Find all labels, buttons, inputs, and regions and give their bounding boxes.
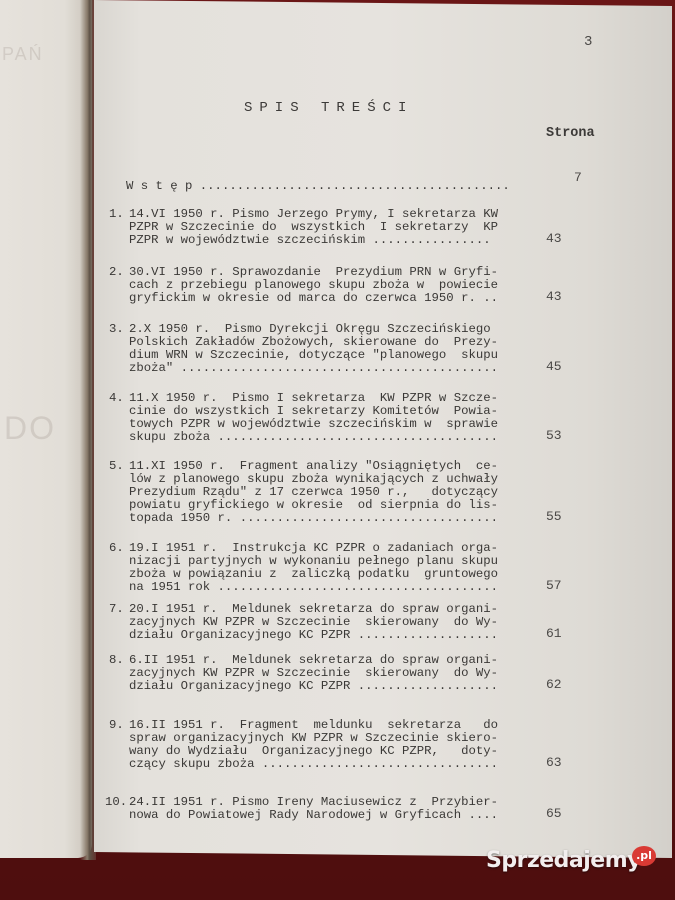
entry-page-ref: 61 [546,627,562,640]
entry-text: 11.XI 1950 r. Fragment analizy "Osiągnię… [129,460,539,525]
entry-page-ref: 65 [546,807,562,820]
toc-intro: W s t ę p ..............................… [126,179,510,193]
entry-text: 30.VI 1950 r. Sprawozdanie Prezydium PRN… [129,266,539,305]
entry-page-ref: 62 [546,678,562,691]
dot-leader: ........................................… [192,179,509,193]
brand-watermark: Sprzedajemy [486,848,641,873]
entry-text: 24.II 1951 r. Pismo Ireny Maciusewicz z … [129,796,539,822]
entry-text: 20.I 1951 r. Meldunek sekretarza do spra… [129,603,539,642]
page-column-header: Strona [546,126,595,141]
previous-page: PAŃ DO [0,0,92,858]
intro-page-ref: 7 [574,170,582,185]
entry-number: 6. [109,542,124,555]
entry-number: 5. [109,460,124,473]
entry-text: 6.II 1951 r. Meldunek sekretarza do spra… [129,654,539,693]
entry-number: 7. [109,603,124,616]
entry-page-ref: 57 [546,579,562,592]
intro-label: W s t ę p [126,179,192,193]
entry-number: 3. [109,323,124,336]
entry-page-ref: 55 [546,510,562,523]
entry-text: 19.I 1951 r. Instrukcja KC PZPR o zadani… [129,542,539,594]
entry-text: 16.II 1951 r. Fragment meldunku sekretar… [129,719,539,771]
entry-page-ref: 45 [546,360,562,373]
entry-number: 9. [109,719,124,732]
page-title: SPIS TREŚCI [244,100,413,116]
entry-number: 4. [109,392,124,405]
entry-number: 2. [109,266,124,279]
entry-page-ref: 43 [546,290,562,303]
entry-text: 14.VI 1950 r. Pismo Jerzego Prymy, I sek… [129,208,539,247]
show-through-text: PAŃ [2,44,44,65]
entry-number: 8. [109,654,124,667]
table-of-contents: 3 SPIS TREŚCI Strona W s t ę p .........… [94,0,672,852]
entry-number: 10. [105,796,127,809]
entry-number: 1. [109,208,124,221]
photo-scene: PAŃ DO 3 SPIS TREŚCI Strona W s t ę p ..… [0,0,675,900]
entry-page-ref: 53 [546,429,562,442]
show-through-text: DO [4,410,56,447]
entry-text: 11.X 1950 r. Pismo I sekretarza KW PZPR … [129,392,539,444]
entry-text: 2.X 1950 r. Pismo Dyrekcji Okręgu Szczec… [129,323,539,375]
entry-page-ref: 43 [546,232,562,245]
page-number: 3 [584,34,592,50]
brand-badge: .pl [632,846,656,866]
entry-page-ref: 63 [546,756,562,769]
